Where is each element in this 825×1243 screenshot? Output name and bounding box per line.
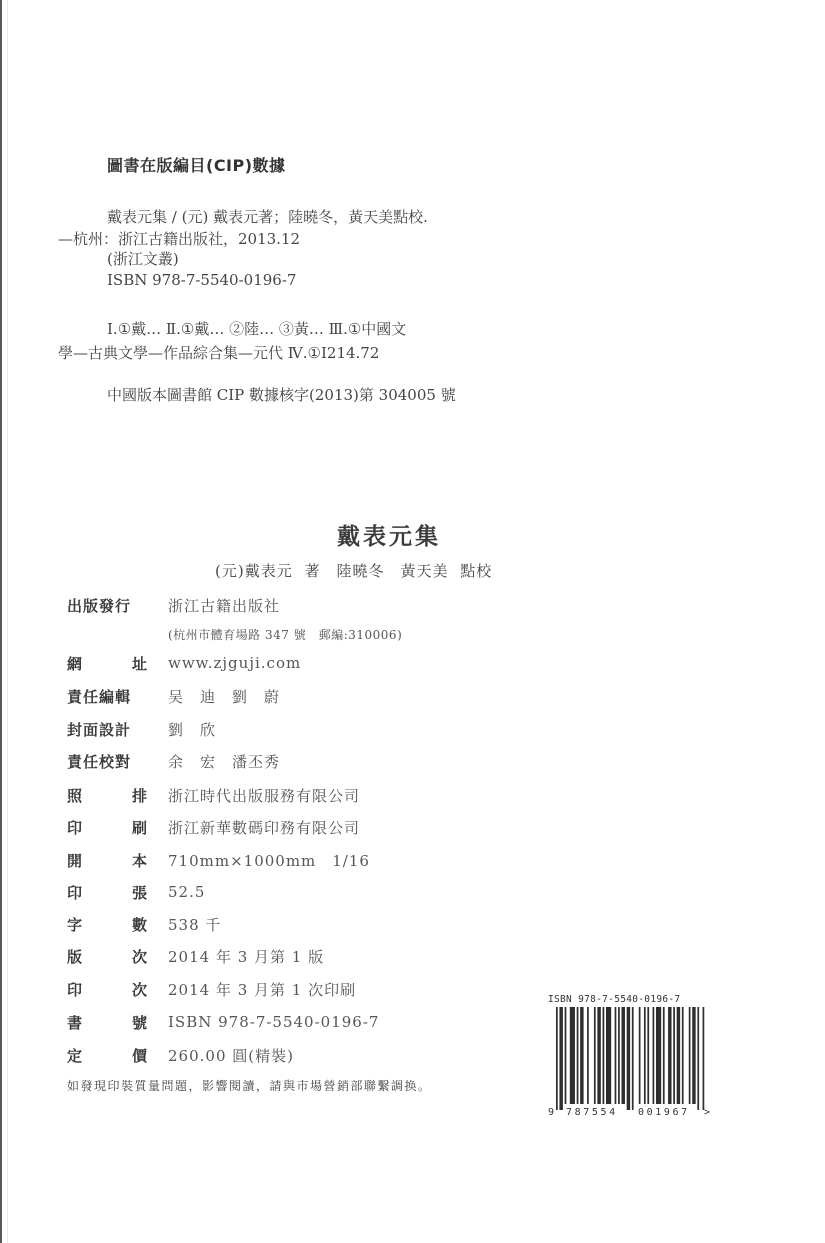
colophon-label: 印次 (67, 979, 147, 1000)
colophon-label-text: 責任校對 (67, 751, 131, 772)
colophon-value: 余 宏 潘丕秀 (168, 751, 280, 772)
colophon-label: 網址 (67, 653, 147, 674)
cip-heading: 圖書在版編目(CIP)數據 (107, 153, 286, 176)
cip-line-publisher: —杭州：浙江古籍出版社，2013.12 (58, 229, 300, 249)
barcode-digit-first: 9 (548, 1107, 554, 1118)
cip-line-isbn: ISBN 978-7-5540-0196-7 (107, 270, 296, 290)
colophon-label-end: 排 (132, 785, 147, 806)
colophon-row: 照排浙江時代出版服務有限公司 (67, 783, 360, 807)
colophon-label: 印刷 (67, 817, 147, 838)
colophon-value: 2014 年 3 月第 1 版 (168, 946, 324, 967)
colophon-value: 2014 年 3 月第 1 次印刷 (168, 979, 356, 1000)
colophon-row: 字數538 千 (67, 912, 221, 936)
colophon-label: 責任編輯 (67, 686, 147, 707)
colophon-label-start: 印 (67, 882, 82, 903)
colophon-label-end: 次 (132, 946, 147, 967)
colophon-label-end: 次 (132, 979, 147, 1000)
colophon-row: 開本710mm×1000mm 1/16 (67, 848, 370, 872)
colophon-label-start: 字 (67, 914, 82, 935)
barcode-digits-left: 787554 (566, 1107, 618, 1118)
colophon-label-start: 印 (67, 817, 82, 838)
colophon-row: 出版發行浙江古籍出版社 (67, 593, 280, 617)
cip-line-series: (浙江文叢) (107, 249, 179, 269)
colophon-value: 吴 迪 劉 蔚 (168, 686, 280, 707)
colophon-value: 260.00 圓(精裝) (168, 1045, 294, 1066)
colophon-label: 字數 (67, 914, 147, 935)
colophon-value: 浙江時代出版服務有限公司 (168, 785, 360, 806)
colophon-label-end: 址 (132, 653, 147, 674)
colophon-label-text: 責任編輯 (67, 686, 131, 707)
colophon-label: 責任校對 (67, 751, 147, 772)
colophon-value: www.zjguji.com (168, 654, 301, 672)
colophon-label: 版次 (67, 946, 147, 967)
barcode-quiet-mark: > (704, 1107, 710, 1118)
colophon-value: 浙江古籍出版社 (168, 595, 280, 616)
colophon-label-start: 定 (67, 1045, 82, 1066)
colophon-value: ISBN 978-7-5540-0196-7 (168, 1013, 379, 1031)
colophon-label-end: 張 (132, 882, 147, 903)
colophon-label-end: 價 (132, 1045, 147, 1066)
cip-line-subjects-1: Ⅰ.①戴… Ⅱ.①戴… ②陸… ③黃… Ⅲ.①中國文 (107, 319, 406, 339)
colophon-row: 印張52.5 (67, 880, 205, 904)
page-left-edge (0, 0, 2, 1243)
book-byline: (元)戴表元 著 陸曉冬 黃天美 點校 (215, 560, 492, 581)
publisher-address: (杭州市體育場路 347 號 郵編:310006) (168, 626, 402, 643)
page-gutter-line (7, 0, 8, 1243)
colophon-label: 照排 (67, 785, 147, 806)
colophon-label: 印張 (67, 882, 147, 903)
colophon-row: 封面設計劉 欣 (67, 717, 216, 741)
colophon-label: 出版發行 (67, 595, 147, 616)
colophon-label-text: 封面設計 (67, 719, 131, 740)
colophon-label-start: 開 (67, 850, 82, 871)
colophon-value: 劉 欣 (168, 719, 216, 740)
colophon-label: 定價 (67, 1045, 147, 1066)
colophon-label-start: 網 (67, 653, 82, 674)
colophon-value: 538 千 (168, 914, 221, 935)
colophon-row: 責任編輯吴 迪 劉 蔚 (67, 684, 280, 708)
colophon-row: 印次2014 年 3 月第 1 次印刷 (67, 977, 356, 1001)
quality-notice: 如發現印裝質量問題，影響閱讀，請與市場營銷部聯繫調换。 (67, 1077, 432, 1094)
colophon-label: 封面設計 (67, 719, 147, 740)
colophon-label: 開本 (67, 850, 147, 871)
colophon-row: 定價260.00 圓(精裝) (67, 1043, 294, 1067)
colophon-value: 710mm×1000mm 1/16 (168, 850, 370, 871)
colophon-label-end: 本 (132, 850, 147, 871)
barcode-bars-icon (556, 1007, 706, 1110)
barcode-digits-right: 001967 (638, 1107, 690, 1118)
colophon-row: 責任校對余 宏 潘丕秀 (67, 749, 280, 773)
colophon-label-end: 數 (132, 914, 147, 935)
colophon-row: 印刷浙江新華數碼印務有限公司 (67, 815, 360, 839)
colophon-row: 網址www.zjguji.com (67, 651, 301, 675)
colophon-label-end: 刷 (132, 817, 147, 838)
colophon-label-text: 出版發行 (67, 595, 131, 616)
colophon-label-start: 印 (67, 979, 82, 1000)
cip-line-title: 戴表元集 / (元) 戴表元著；陸曉冬，黃天美點校. (107, 207, 428, 227)
colophon-label-start: 書 (67, 1012, 82, 1033)
colophon-label: 書號 (67, 1012, 147, 1033)
isbn-barcode: ISBN 978-7-5540-0196-7 9 787554 001967 > (546, 994, 712, 1124)
colophon-row: 書號ISBN 978-7-5540-0196-7 (67, 1010, 379, 1034)
cip-line-subjects-2: 學—古典文學—作品綜合集—元代 Ⅳ.①I214.72 (58, 343, 379, 363)
colophon-value: 浙江新華數碼印務有限公司 (168, 817, 360, 838)
cip-line-record-number: 中國版本圖書館 CIP 數據核字(2013)第 304005 號 (107, 385, 456, 405)
barcode-isbn-text: ISBN 978-7-5540-0196-7 (548, 994, 680, 1005)
colophon-label-start: 版 (67, 946, 82, 967)
colophon-row: 版次2014 年 3 月第 1 版 (67, 944, 324, 968)
colophon-label-end: 號 (132, 1012, 147, 1033)
colophon-value: 52.5 (168, 883, 205, 901)
book-title: 戴表元集 (337, 518, 441, 551)
colophon-label-start: 照 (67, 785, 82, 806)
